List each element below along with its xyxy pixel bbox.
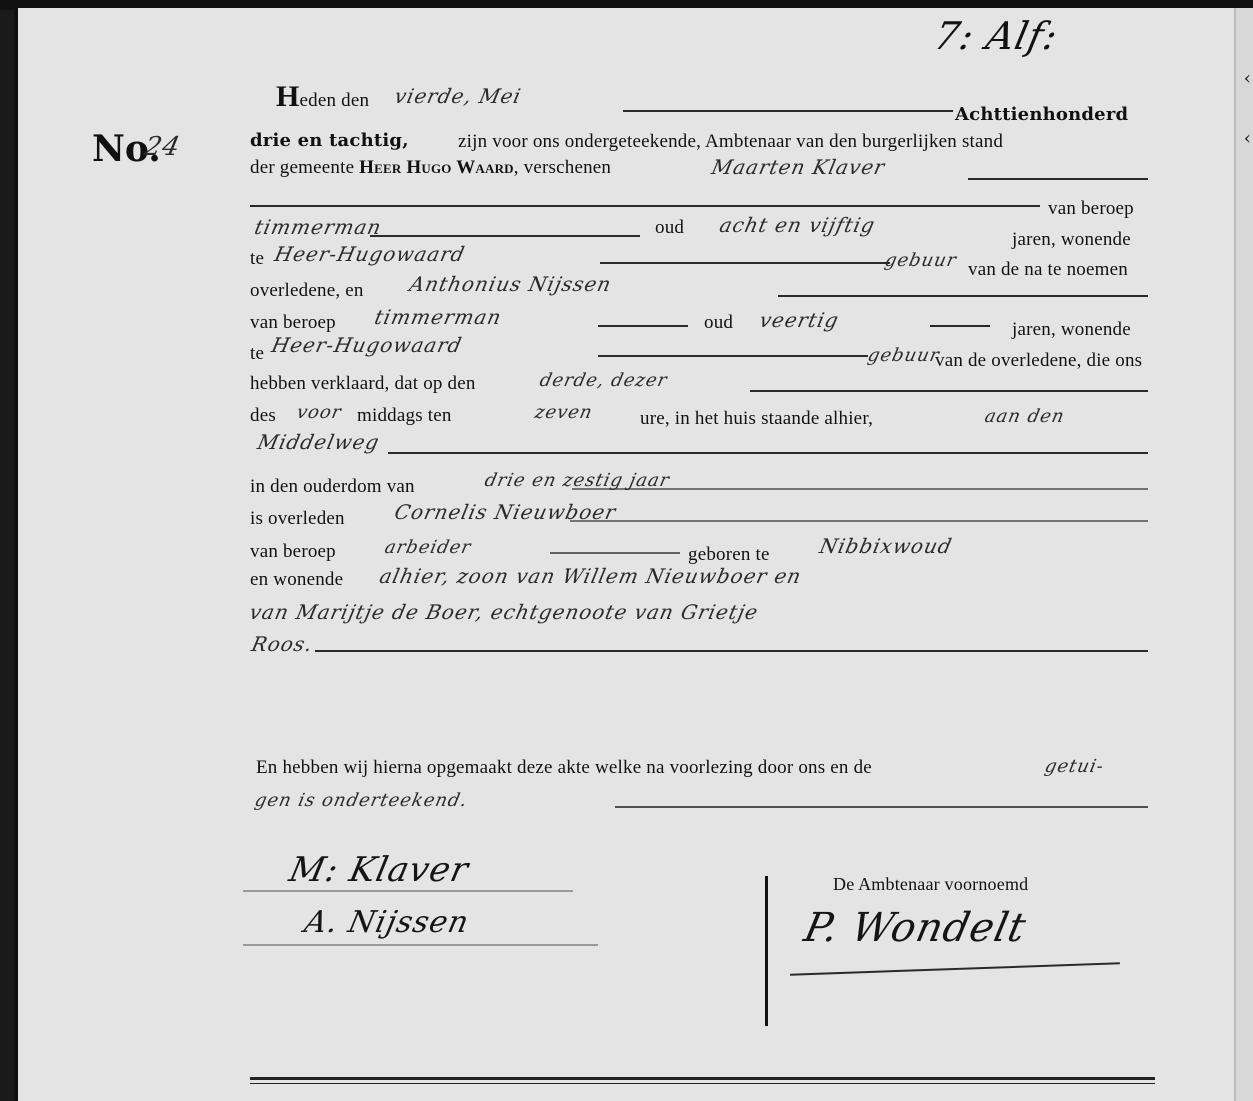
death-hour: zeven bbox=[533, 402, 595, 423]
fill-line bbox=[623, 110, 953, 112]
text-oud: oud bbox=[704, 312, 733, 334]
signature-witness-1: M: Klaver bbox=[286, 850, 473, 890]
official-label: De Ambtenaar voornoemd bbox=[833, 874, 1028, 895]
signature-witness-2: A. Nijssen bbox=[301, 905, 472, 940]
witness-2-residence: Heer-Hugowaard bbox=[269, 333, 464, 357]
edge-mark: ‹ bbox=[1244, 128, 1251, 149]
bottom-rule bbox=[250, 1083, 1155, 1084]
death-date: derde, dezer bbox=[538, 370, 670, 391]
fill-line bbox=[598, 355, 868, 357]
fill-line bbox=[250, 205, 1040, 207]
fill-line bbox=[750, 390, 1148, 392]
text: , verschenen bbox=[514, 157, 611, 178]
text-oud: oud bbox=[655, 217, 684, 239]
witness-2-occupation: timmerman bbox=[372, 305, 504, 329]
fill-line bbox=[315, 650, 1148, 652]
line-1-text: eden den bbox=[300, 90, 370, 111]
signature-line bbox=[243, 944, 598, 946]
fill-line bbox=[598, 325, 688, 327]
spouse-surname: Roos. bbox=[249, 632, 315, 656]
line-4-text: van beroep bbox=[1048, 198, 1134, 220]
witness-2-age: veertig bbox=[757, 308, 841, 332]
entry-date: vierde, Mei bbox=[392, 84, 523, 108]
line-11-text: ure, in het huis staande alhier, bbox=[640, 408, 873, 430]
fill-line bbox=[615, 806, 1148, 808]
fill-line bbox=[600, 262, 890, 264]
line-14-text: is overleden bbox=[250, 508, 345, 530]
deceased-occupation: arbeider bbox=[383, 537, 474, 558]
document-page bbox=[14, 8, 1240, 1101]
year-text: Achttienhonderd bbox=[955, 104, 1128, 125]
death-location: Middelweg bbox=[255, 430, 382, 454]
closing-hand-a: getui- bbox=[1043, 756, 1106, 777]
fill-line bbox=[388, 452, 1148, 454]
bottom-rule bbox=[250, 1077, 1155, 1080]
text-middags-ten: middags ten bbox=[357, 405, 452, 427]
text-te: te bbox=[250, 248, 264, 270]
fill-line bbox=[370, 235, 640, 237]
line-7-text: overledene, en bbox=[250, 280, 364, 302]
text-des: des bbox=[250, 405, 276, 427]
line-1-printed: Heden den bbox=[276, 80, 369, 114]
record-number: 24 bbox=[142, 132, 183, 162]
signature-divider bbox=[765, 876, 768, 1026]
year-text-2: drie en tachtig, bbox=[250, 130, 409, 151]
line-3-text: der gemeente Heer Hugo Waard, verschenen bbox=[250, 157, 611, 179]
municipality: Heer Hugo Waard bbox=[359, 157, 514, 178]
deceased-residence-parents: alhier, zoon van Willem Nieuwboer en bbox=[377, 564, 804, 588]
witness-1-name: Maarten Klaver bbox=[709, 155, 887, 179]
birthplace: Nibbixwoud bbox=[817, 534, 954, 558]
mother-and-spouse: van Marijtje de Boer, echtgenoote van Gr… bbox=[247, 600, 760, 624]
fill-line bbox=[572, 488, 1148, 490]
witness-1-relation: gebuur bbox=[883, 250, 959, 271]
time-of-day: voor bbox=[295, 402, 344, 423]
text: der gemeente bbox=[250, 157, 354, 178]
text-te: te bbox=[250, 343, 264, 365]
witness-1-age: acht en vijftig bbox=[717, 213, 877, 237]
witness-2-relation: gebuur bbox=[866, 345, 942, 366]
edge-mark: ‹ bbox=[1244, 68, 1251, 89]
fill-line bbox=[930, 325, 990, 327]
text-geboren-te: geboren te bbox=[688, 544, 770, 566]
fill-line bbox=[968, 178, 1148, 180]
witness-2-name: Anthonius Nijssen bbox=[407, 272, 614, 296]
line-10-text: hebben verklaard, dat op den bbox=[250, 373, 476, 395]
witness-1-occupation: timmerman bbox=[252, 215, 384, 239]
line-6-text: van de na te noemen bbox=[968, 259, 1128, 281]
witness-1-residence: Heer-Hugowaard bbox=[272, 242, 467, 266]
closing-text: En hebben wij hierna opgemaakt deze akte… bbox=[256, 757, 872, 779]
line-2-text: zijn voor ons ondergeteekende, Ambtenaar… bbox=[458, 131, 1003, 153]
fill-line bbox=[778, 295, 1148, 297]
line-9-text: van de overledene, die ons bbox=[935, 350, 1142, 372]
text-van-beroep: van beroep bbox=[250, 312, 336, 334]
line-16-text: en wonende bbox=[250, 569, 343, 591]
signature-line bbox=[243, 890, 573, 892]
fill-line bbox=[550, 552, 680, 554]
fill-line bbox=[570, 520, 1148, 522]
line-5-text: jaren, wonende bbox=[1012, 229, 1131, 251]
adjacent-page-edge: ‹ ‹ bbox=[1234, 8, 1253, 1101]
line-13-text: in den ouderdom van bbox=[250, 476, 415, 498]
location-prefix: aan den bbox=[983, 406, 1067, 427]
signature-official: P. Wondelt bbox=[800, 905, 1030, 951]
initial-letter: H bbox=[276, 80, 300, 113]
text-van-beroep: van beroep bbox=[250, 541, 336, 563]
line-8-text: jaren, wonende bbox=[1012, 319, 1131, 341]
closing-hand-b: gen is onderteekend. bbox=[253, 790, 470, 811]
corner-annotation: 7: Alf: bbox=[930, 14, 1062, 58]
